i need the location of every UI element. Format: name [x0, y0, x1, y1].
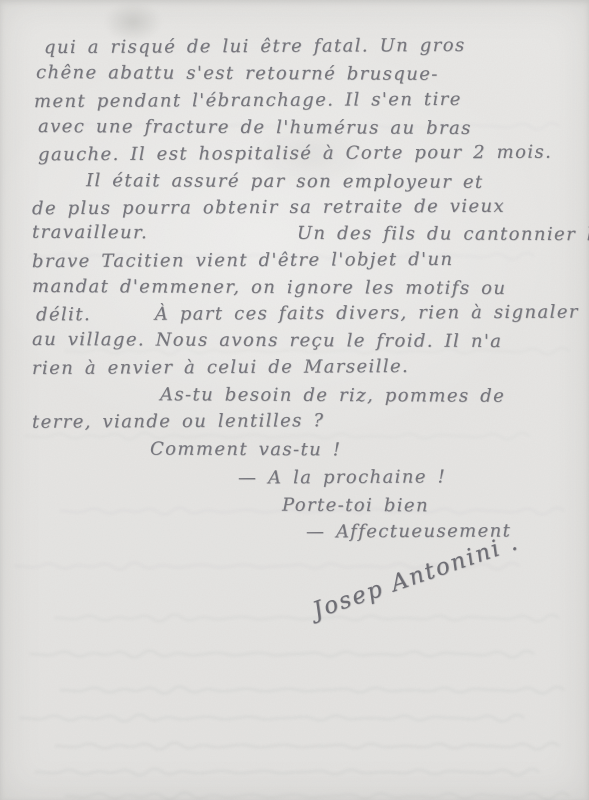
letter-line: brave Tacitien vient d'être l'objet d'un — [32, 249, 454, 272]
letter-line: mandat d'emmener, on ignore les motifs o… — [32, 276, 506, 299]
letter-line: Porte-toi bien — [282, 495, 429, 517]
letter-line: chêne abattu s'est retourné brusque- — [36, 62, 439, 85]
letter-line: gauche. Il est hospitalisé à Corte pour … — [38, 142, 552, 166]
letter-line: ment pendant l'ébranchage. Il s'en tire — [34, 89, 462, 112]
letter-body: qui a risqué de lui être fatal. Un gros … — [0, 0, 589, 800]
letter-line: qui a risqué de lui être fatal. Un gros — [44, 35, 466, 58]
letter-line: avec une fracture de l'humérus au bras — [38, 116, 472, 139]
letter-line: As-tu besoin de riz, pommes de — [160, 384, 505, 407]
scanned-letter-page: qui a risqué de lui être fatal. Un gros … — [0, 0, 589, 800]
letter-line: au village. Nous avons reçu le froid. Il… — [32, 329, 502, 352]
letter-line: de plus pourra obtenir sa retraite de vi… — [32, 196, 505, 219]
letter-line: Comment vas-tu ! — [150, 439, 341, 461]
letter-line: Il était assuré par son employeur et — [86, 170, 484, 193]
signature: Josep Antonini . — [310, 529, 523, 624]
letter-line: travailleur. Un des fils du cantonnier l… — [32, 222, 589, 246]
letter-line: — A la prochaine ! — [238, 466, 446, 488]
letter-line: délit. À part ces faits divers, rien à s… — [36, 302, 579, 326]
letter-line: terre, viande ou lentilles ? — [32, 410, 325, 433]
letter-line: rien à envier à celui de Marseille. — [32, 356, 409, 379]
